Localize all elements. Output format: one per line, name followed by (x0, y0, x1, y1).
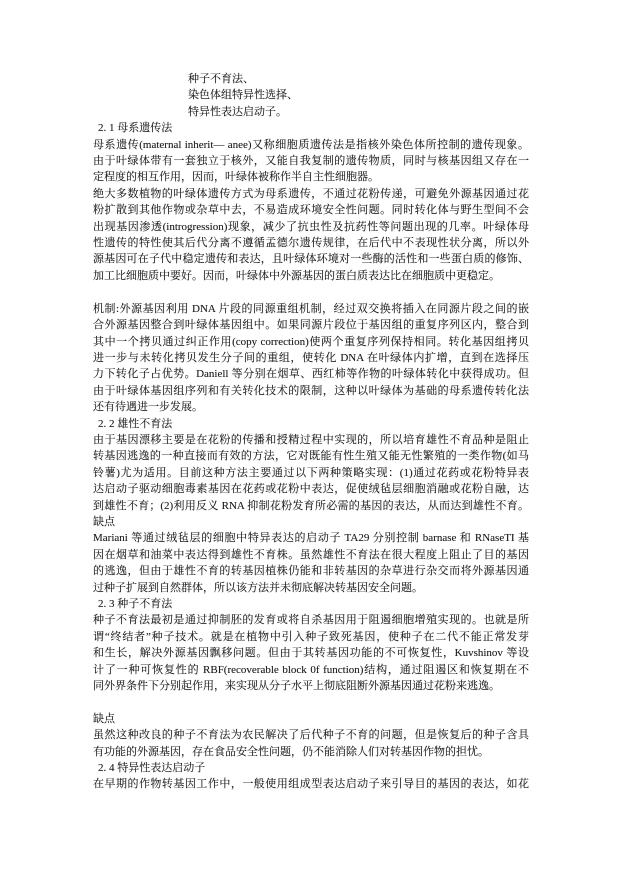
text-line: 到雄性不育；(2)利用反义 RNA 抑制花粉发育所必需的基因的表达，从而达到雄性… (93, 498, 529, 514)
text-line: 谓“终结者”种子技术。就是在植物中引入种子致死基因，使种子在二代不能正常发芽 (93, 629, 529, 645)
text-line: 性遗传的特性使其后代分离不遵循孟德尔遗传规律，在后代中不表现性状分离，所以外 (93, 235, 529, 251)
list-item: 特异性表达启动子。 (93, 104, 529, 120)
text-line: 源基因可在子代中稳定遗传和表达，且叶绿体环境对一些酶的活性和一些蛋白质的修饰、 (93, 251, 529, 267)
text-line: 同外界条件下分别起作用，来实现从分子水平上彻底阻断外源基因通过花粉来逃逸。 (93, 678, 529, 694)
text-line: 绝大多数植物的叶绿体遗传方式为母系遗传，不通过花粉传递，可避免外源基因通过花 (93, 186, 529, 202)
text-line: 缺点 (93, 711, 529, 727)
text-line: 由于叶绿体带有一套独立于核外，又能自我复制的遗传物质，同时与核基因组又存在一 (93, 153, 529, 169)
text-line: 母系遗传(maternal inherit— anee)又称细胞质遗传法是指核外… (93, 137, 529, 153)
blank-line (93, 284, 529, 300)
text-line: 缺点 (93, 514, 529, 530)
text-line: 有功能的外源基因，存在食品安全性问题，仍不能消除人们对转基因作物的担忧。 (93, 744, 529, 760)
text-line: 力下转化子占优势。Daniell 等分别在烟草、西红柿等作物的叶绿体转化中获得成… (93, 366, 529, 382)
text-line: 转基因逃逸的一种直接而有效的方法，它对既能有性生殖又能无性繁殖的一类作物(如马 (93, 448, 529, 464)
text-line: 由于基因漂移主要是在花粉的传播和授精过程中实现的，所以培育雄性不育品种是阻止 (93, 432, 529, 448)
list-item: 染色体组特异性选择、 (93, 87, 529, 103)
text-line: 虽然这种改良的种子不育法为农民解决了后代种子不育的问题，但是恢复后的种子含具 (93, 727, 529, 743)
document-page: 种子不育法、染色体组特异性选择、特异性表达启动子。2. 1 母系遗传法母系遗传(… (0, 0, 620, 877)
text-line: 出现基因渗透(introgression)现象，减少了抗虫性及抗药性等问题出现的… (93, 219, 529, 235)
section-heading: 2. 1 母系遗传法 (93, 120, 529, 136)
text-line: Mariani 等通过绒毡层的细胞中特异表达的启动子 TA29 分别控制 bar… (93, 530, 529, 546)
text-line: 粉扩散到其他作物或杂草中去，不易造成环境安全性问题。同时转化体与野生型间不会 (93, 202, 529, 218)
text-line: 计了一种可恢复性的 RBF(recoverable block 0f funct… (93, 662, 529, 678)
text-line: 其中一个拷贝通过纠正作用(copy correction)使两个重复序列保持相同… (93, 334, 529, 350)
text-line: 进一步与未转化拷贝发生分子间的重组，使转化 DNA 在叶绿体内扩增，直到在选择压 (93, 350, 529, 366)
text-line: 种子不育法最初是通过抑制胚的发育或将自杀基因用于阻遏细胞增殖实现的。也就是所 (93, 612, 529, 628)
text-line: 定程度的相互作用，因而，叶绿体被称作半自主性细胞器。 (93, 169, 529, 185)
section-heading: 2. 2 雄性不育法 (93, 416, 529, 432)
section-heading: 2. 3 种子不育法 (93, 596, 529, 612)
text-line: 和生长，解决外源基因飘移问题。但由于其转基因功能的不可恢复性，Kuvshinov… (93, 645, 529, 661)
list-item: 种子不育法、 (93, 71, 529, 87)
text-line: 在早期的作物转基因工作中，一般使用组成型表达启动子来引导目的基因的表达，如花 (93, 776, 529, 792)
text-line: 机制:外源基因利用 DNA 片段的同源重组机制，经过双交换将插入在同源片段之间的… (93, 301, 529, 317)
text-line: 由于叶绿体基因组序列和有关转化技术的限制，这种以叶绿体为基础的母系遗传转化法 (93, 383, 529, 399)
text-line: 铃薯)尤为适用。目前这种方法主要通过以下两种策略实现：(1)通过花药或花粉特异表 (93, 465, 529, 481)
text-line: 达启动子驱动细胞毒素基因在花药或花粉中表达，促使绒毡层细胞消融或花粉自融，达 (93, 481, 529, 497)
text-line: 加工比细胞质中要好。因而，叶绿体中外源基因的蛋白质表达比在细胞质中更稳定。 (93, 268, 529, 284)
text-line: 的逃逸，但由于雄性不育的转基因植株仍能和非转基因的杂草进行杂交而将外源基因通 (93, 563, 529, 579)
text-line: 过种子扩展到自然群体，所以该方法并未彻底解决转基因安全问题。 (93, 580, 529, 596)
text-line: 因在烟草和油菜中表达得到雄性不育株。虽然雄性不育法在很大程度上阻止了目的基因 (93, 547, 529, 563)
blank-line (93, 694, 529, 710)
text-line: 还有待遇进一步发展。 (93, 399, 529, 415)
text-line: 合外源基因整合到叶绿体基因组中。如果同源片段位于基因组的重复序列区内，整合到 (93, 317, 529, 333)
section-heading: 2. 4 特异性表达启动子 (93, 760, 529, 776)
document-body: 种子不育法、染色体组特异性选择、特异性表达启动子。2. 1 母系遗传法母系遗传(… (93, 71, 529, 793)
